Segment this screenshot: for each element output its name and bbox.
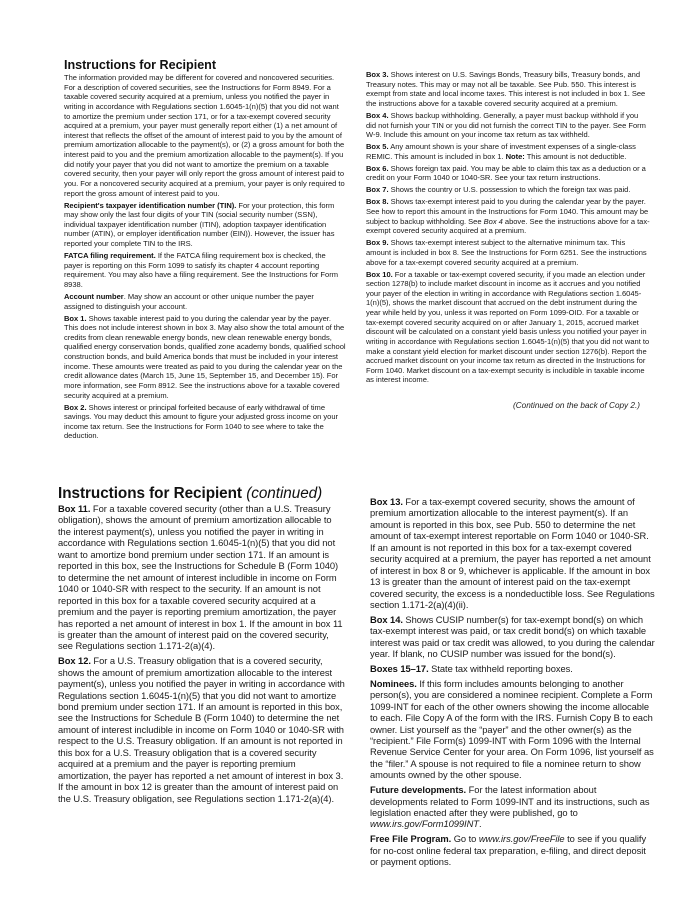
page2-left-column: Instructions for Recipient (continued) B… [58,485,346,808]
paragraph-lead: Box 5. [366,142,389,151]
page1-left-column: Instructions for Recipient The informati… [64,58,346,443]
paragraph-lead: Box 12. [58,656,91,666]
irs-form-link[interactable]: www.irs.gov/Form1099INT [370,819,479,829]
box-9-paragraph: Box 9. Shows tax-exempt interest subject… [366,238,650,267]
paragraph-lead: Future developments. [370,785,466,795]
paragraph-lead: Recipient's taxpayer identification numb… [64,201,236,210]
paragraph-lead: Box 11. [58,504,90,514]
intro-paragraph: The information provided may be differen… [64,73,346,198]
fatca-paragraph: FATCA filing requirement. If the FATCA f… [64,251,346,290]
continued-note: (Continued on the back of Copy 2.) [513,401,640,410]
paragraph-lead: Box 7. [366,185,389,194]
note-label: Note: [506,152,525,161]
paragraph-lead: Box 10. [366,270,393,279]
paragraph-lead: Nominees. [370,679,417,689]
box-1-paragraph: Box 1. Shows taxable interest paid to yo… [64,314,346,401]
account-number-paragraph: Account number. May show an account or o… [64,292,346,311]
box-5-paragraph: Box 5. Any amount shown is your share of… [366,142,650,161]
page1-heading: Instructions for Recipient [64,58,346,72]
box-4-paragraph: Box 4. Shows backup withholding. General… [366,111,650,140]
paragraph-lead: Box 13. [370,497,403,507]
paragraph-lead: Box 8. [366,197,389,206]
paragraph-lead: Boxes 15–17. [370,664,429,674]
box-13-paragraph: Box 13. For a tax-exempt covered securit… [370,497,656,612]
box-7-paragraph: Box 7. Shows the country or U.S. possess… [366,185,650,195]
future-developments-paragraph: Future developments. For the latest info… [370,785,656,831]
free-file-link[interactable]: www.irs.gov/FreeFile [479,834,565,844]
paragraph-lead: Box 4. [366,111,389,120]
box-10-paragraph: Box 10. For a taxable or tax-exempt cove… [366,270,650,386]
page2-right-column: Box 13. For a tax-exempt covered securit… [370,497,656,872]
tin-paragraph: Recipient's taxpayer identification numb… [64,201,346,249]
paragraph-lead: FATCA filing requirement. [64,251,156,260]
paragraph-lead: Box 1. [64,314,87,323]
page1-right-column: Box 3. Shows interest on U.S. Savings Bo… [366,70,650,388]
instructions-page-1: Instructions for Recipient The informati… [0,0,700,450]
free-file-paragraph: Free File Program. Go to www.irs.gov/Fre… [370,834,656,868]
paragraph-lead: Box 6. [366,164,389,173]
heading-continued: (continued) [246,485,322,502]
paragraph-lead: Box 14. [370,615,403,625]
page2-heading: Instructions for Recipient (continued) [58,485,346,502]
box-12-paragraph: Box 12. For a U.S. Treasury obligation t… [58,656,346,805]
instructions-page-2: Instructions for Recipient (continued) B… [0,478,700,898]
nominees-paragraph: Nominees. If this form includes amounts … [370,679,656,782]
paragraph-lead: Box 9. [366,238,389,247]
box-14-paragraph: Box 14. Shows CUSIP number(s) for tax-ex… [370,615,656,661]
paragraph-lead: Box 3. [366,70,389,79]
box-reference: Box 4 [484,217,503,226]
box-8-paragraph: Box 8. Shows tax-exempt interest paid to… [366,197,650,236]
paragraph-lead: Account number [64,292,124,301]
box-11-paragraph: Box 11. For a taxable covered security (… [58,504,346,653]
box-6-paragraph: Box 6. Shows foreign tax paid. You may b… [366,164,650,183]
boxes-15-17-paragraph: Boxes 15–17. State tax withheld reportin… [370,664,656,675]
paragraph-lead: Box 2. [64,403,87,412]
paragraph-lead: Free File Program. [370,834,451,844]
box-3-paragraph: Box 3. Shows interest on U.S. Savings Bo… [366,70,650,109]
box-2-paragraph: Box 2. Shows interest or principal forfe… [64,403,346,442]
